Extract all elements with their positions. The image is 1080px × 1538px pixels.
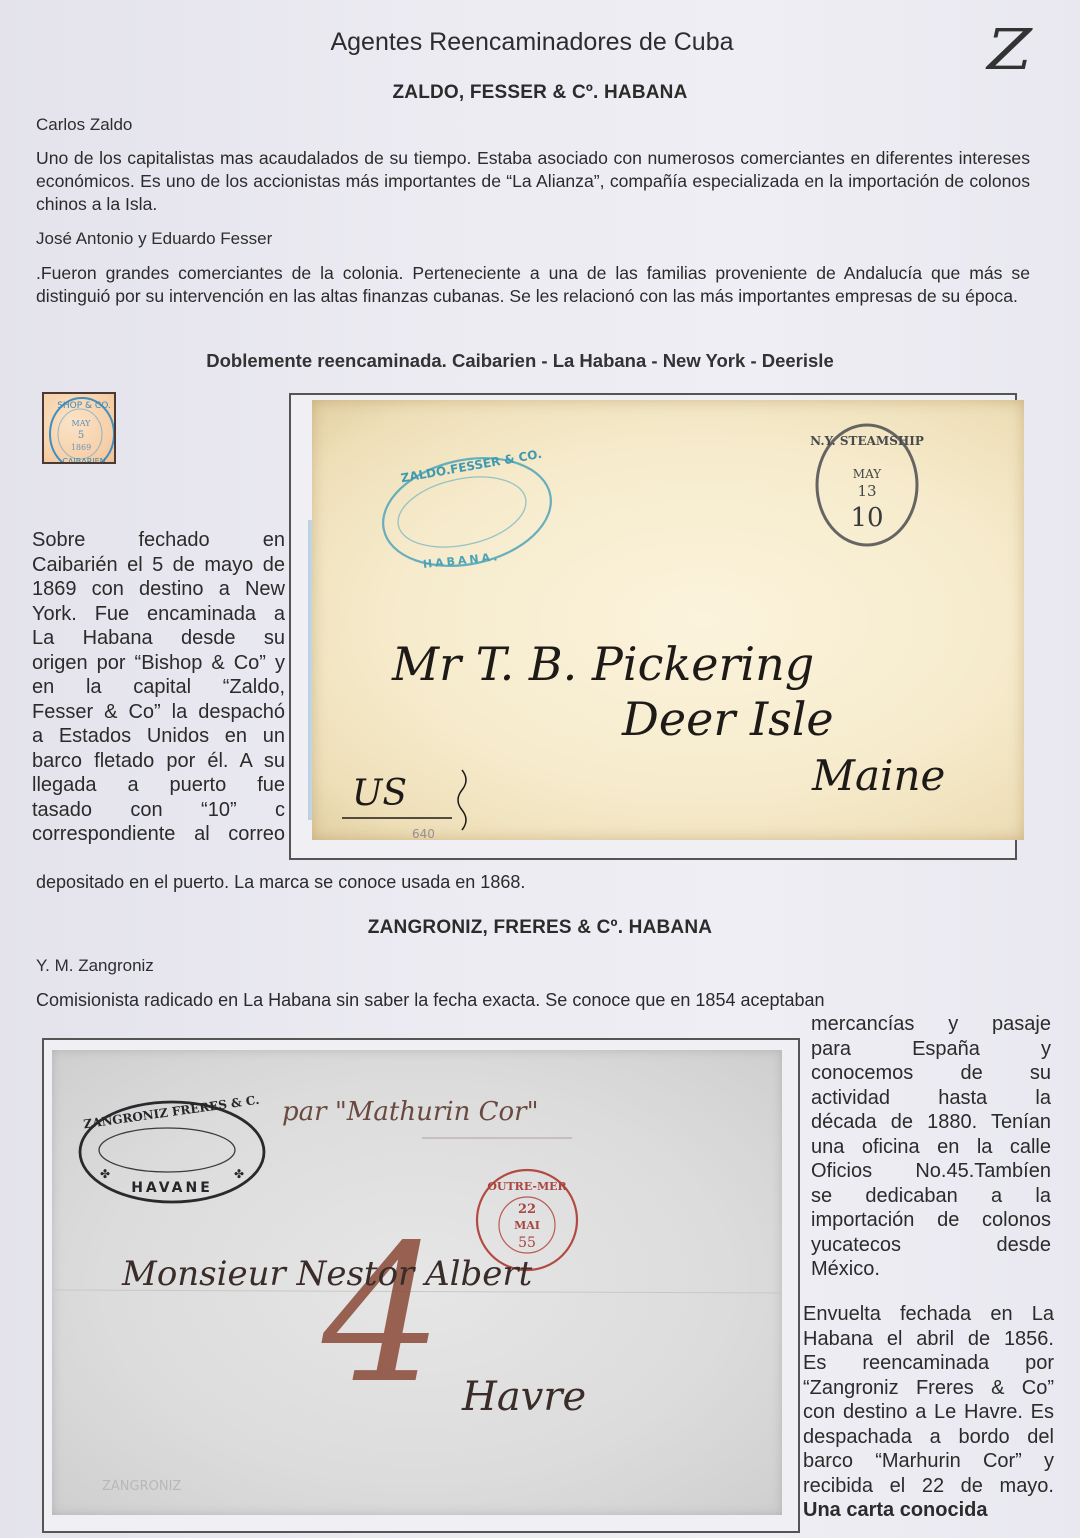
address-line-2: Deer Isle [621,692,834,746]
zangroniz-agent-stamp-icon: ZANGRONIZ FRERES & C. HAVANE ✤ ✤ [80,1093,264,1202]
svg-text:HABANA.: HABANA. [422,550,501,571]
svg-text:640: 640 [412,827,435,840]
cover-description-zaldo: Sobre fechado en Caibarién el 5 de mayo … [32,528,285,847]
cover-zaldo-fesser: ZALDO.FESSER & CO. HABANA. N.Y. STEAMSHI… [312,400,1024,840]
svg-text:ZALDO.FESSER & CO.: ZALDO.FESSER & CO. [400,447,543,486]
address-line-1: Mr T. B. Pickering [391,637,814,691]
svg-text:SHOP & CO.: SHOP & CO. [57,401,111,411]
svg-text:✤: ✤ [234,1167,244,1181]
svg-text:ZANGRONIZ FRERES & C.: ZANGRONIZ FRERES & C. [83,1093,261,1132]
section-title-zangroniz: ZANGRONIZ, FRERES & Cº. HABANA [0,917,1080,939]
svg-text:13: 13 [857,482,876,500]
svg-text:5: 5 [78,430,84,441]
address-line-2: Havre [461,1374,586,1420]
rate-mark: 4 [321,1204,443,1425]
zaldo-agent-stamp-icon: ZALDO.FESSER & CO. HABANA. [373,443,561,580]
svg-text:22: 22 [518,1202,536,1217]
section-title-zaldo: ZALDO, FESSER & Cº. HABANA [0,82,1080,104]
paragraph-zaldo: Uno de los capitalistas mas acaudalados … [36,147,1030,216]
svg-text:N.Y. STEAMSHIP: N.Y. STEAMSHIP [810,434,924,448]
paragraph-fesser: .Fueron grandes comerciantes de la colon… [36,262,1030,308]
svg-text:10: 10 [850,503,883,533]
svg-text:1869: 1869 [71,443,91,452]
letter-mark: Z [987,18,1032,83]
zangroniz-description-a: mercancías y pasaje para España y conoce… [811,1012,1051,1282]
person-carlos-zaldo: Carlos Zaldo [36,115,132,135]
address-line-1: Monsieur Nestor Albert [121,1254,533,1294]
paragraph-zangroniz-intro: Comisionista radicado en La Habana sin s… [36,990,1056,1011]
svg-text:55: 55 [518,1235,536,1251]
svg-text:MAY: MAY [853,467,882,481]
closing-note: Una carta conocida [803,1498,1054,1523]
ny-postmark-icon: N.Y. STEAMSHIP MAY 13 10 [810,425,924,545]
cover-artwork: ZALDO.FESSER & CO. HABANA. N.Y. STEAMSHI… [312,400,1024,840]
svg-text:✤: ✤ [100,1167,110,1181]
svg-text:MAY: MAY [72,419,92,428]
person-fesser: José Antonio y Eduardo Fesser [36,229,272,249]
cover-zangroniz-freres: par "Mathurin Cor" ZANGRONIZ FRERES & C.… [52,1050,782,1515]
stamp-detail-thumbnail: SHOP & CO. MAY 5 1869 CAIBARIEN [42,392,116,464]
svg-text:ZANGRONIZ: ZANGRONIZ [102,1479,181,1494]
bishop-stamp-icon: SHOP & CO. MAY 5 1869 CAIBARIEN [44,394,116,464]
address-line-3: Maine [811,751,945,800]
zangroniz-description-b: Envuelta fechada en La Habana el abril d… [803,1302,1054,1523]
ship-note: par "Mathurin Cor" [282,1097,539,1127]
page-title: Agentes Reencaminadores de Cuba [0,28,1064,57]
svg-text:HAVANE: HAVANE [131,1180,213,1196]
cover-artwork-2: par "Mathurin Cor" ZANGRONIZ FRERES & C.… [52,1050,782,1515]
svg-text:MAI: MAI [514,1219,540,1232]
corner-note-us: US [352,773,407,814]
cover-description-continuation: depositado en el puerto. La marca se con… [36,872,525,893]
svg-text:CAIBARIEN: CAIBARIEN [62,457,105,464]
cover-subtitle: Doblemente reencaminada. Caibarien - La … [0,350,1060,372]
person-zangroniz: Y. M. Zangroniz [36,956,154,976]
svg-text:OUTRE-MER: OUTRE-MER [487,1180,567,1193]
